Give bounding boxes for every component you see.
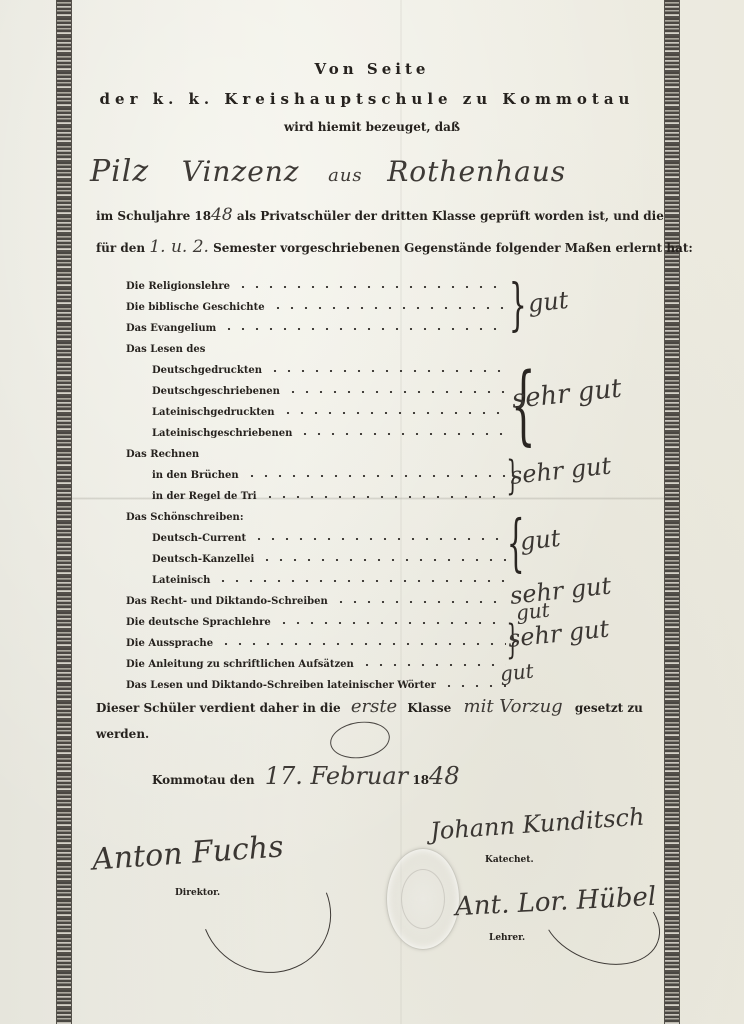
brace-group-1: } [509, 278, 527, 334]
from-word: aus [328, 165, 363, 186]
student-hometown: Rothenhaus [387, 155, 566, 188]
promotion-suffix: gesetzt zu [575, 701, 643, 715]
semester-prefix: für den [96, 241, 145, 255]
subject-row: Deutschgedruckten [126, 360, 506, 381]
director-role-label: Direktor. [175, 888, 220, 898]
dot-leader [245, 475, 506, 477]
subject-row: Die Anleitung zu schriftlichen Aufsätzen [126, 654, 506, 675]
place-and-date: Kommotau den 17. Februar 1848 [152, 762, 460, 790]
semester-paragraph: für den 1. u. 2. Semester vorgeschrieben… [96, 237, 636, 257]
header-line-1: Von Seite [0, 60, 744, 78]
dot-leader [360, 664, 506, 666]
school-year-suffix: als Privatschüler der dritten Klasse gep… [237, 209, 664, 223]
teacher-signature-flourish [530, 862, 673, 981]
catechet-signature: Johann Kunditsch [429, 803, 645, 846]
school-year-handwritten: 48 [211, 205, 233, 225]
promotion-class-handwritten: erste [351, 696, 397, 717]
ornamental-border-right [664, 0, 680, 1024]
school-year-paragraph: im Schuljahre 1848 als Privatschüler der… [96, 205, 636, 225]
dot-leader [298, 433, 506, 435]
school-year-prefix: im Schuljahre 18 [96, 209, 211, 223]
dot-leader [334, 601, 506, 603]
header-school-name: der k. k. Kreishauptschule zu Kommotau [96, 90, 638, 108]
dot-leader [252, 538, 506, 540]
dot-leader [263, 496, 506, 498]
subject-row: Die Religionslehre [126, 276, 506, 297]
promotion-middle: Klasse [407, 701, 451, 715]
subject-row: Das Recht- und Diktando-Schreiben [126, 591, 506, 612]
student-surname: Pilz [90, 154, 149, 189]
subject-row: Die deutsche Sprachlehre [126, 612, 506, 633]
grade-calligraphy: gut [519, 524, 562, 556]
promotion-distinction-handwritten: mit Vorzug [464, 696, 563, 717]
semester-suffix: Semester vorgeschriebenen Gegenstände fo… [213, 241, 693, 255]
dot-leader [442, 685, 506, 687]
subject-row: in den Brüchen [126, 465, 506, 486]
promotion-line-2: werden. [96, 727, 149, 741]
subject-row: Lateinisch [126, 570, 506, 591]
dot-leader [281, 412, 506, 414]
grade-arithmetic: sehr gut [509, 451, 613, 489]
date-handwritten: 17. Februar [265, 762, 408, 790]
promotion-prefix: Dieser Schüler verdient daher in die [96, 701, 341, 715]
dot-leader [277, 622, 506, 624]
subject-row: Deutsch-Kanzellei [126, 549, 506, 570]
subject-row: Deutschgeschriebenen [126, 381, 506, 402]
place-label: Kommotau den [152, 773, 255, 787]
embossed-seal [386, 848, 460, 950]
dot-leader [216, 580, 506, 582]
subject-row: Lateinischgedruckten [126, 402, 506, 423]
subjects-list: Die Religionslehre Die biblische Geschic… [126, 276, 506, 696]
header-line-3: wird hiemit bezeuget, daß [0, 120, 744, 134]
student-given-name: Vinzenz [182, 155, 300, 188]
subject-row: Das Evangelium [126, 318, 506, 339]
dot-leader [260, 559, 506, 561]
subject-row: Die Aussprache [126, 633, 506, 654]
grade-latin-reading: gut [499, 659, 535, 686]
dot-leader [222, 328, 506, 330]
dot-leader [219, 643, 506, 645]
subject-row: Lateinischgeschriebenen [126, 423, 506, 444]
subject-group-heading: Das Lesen des [126, 339, 506, 360]
teacher-role-label: Lehrer. [489, 933, 525, 943]
subject-group-heading: Das Rechnen [126, 444, 506, 465]
promotion-sentence: Dieser Schüler verdient daher in die ers… [96, 696, 636, 717]
subject-row: Deutsch-Current [126, 528, 506, 549]
subject-group-heading: Das Schönschreiben: [126, 507, 506, 528]
dot-leader [236, 286, 506, 288]
date-year-prefix: 18 [412, 773, 429, 787]
seal-inner-ring [401, 869, 445, 929]
dot-leader [271, 307, 506, 309]
date-year-handwritten: 48 [429, 762, 460, 790]
dot-leader [286, 391, 506, 393]
subject-row: Das Lesen und Diktando-Schreiben lateini… [126, 675, 506, 696]
ornamental-border-left [56, 0, 72, 1024]
subject-row: in der Regel de Tri [126, 486, 506, 507]
semester-handwritten: 1. u. 2. [149, 237, 209, 257]
dot-leader [268, 370, 506, 372]
grade-religion: gut [527, 286, 570, 318]
catechet-role-label: Katechet. [485, 855, 534, 865]
student-name-line: Pilz Vinzenz aus Rothenhaus [90, 154, 650, 189]
handwritten-loop-mark [328, 718, 392, 762]
subject-row: Die biblische Geschichte [126, 297, 506, 318]
